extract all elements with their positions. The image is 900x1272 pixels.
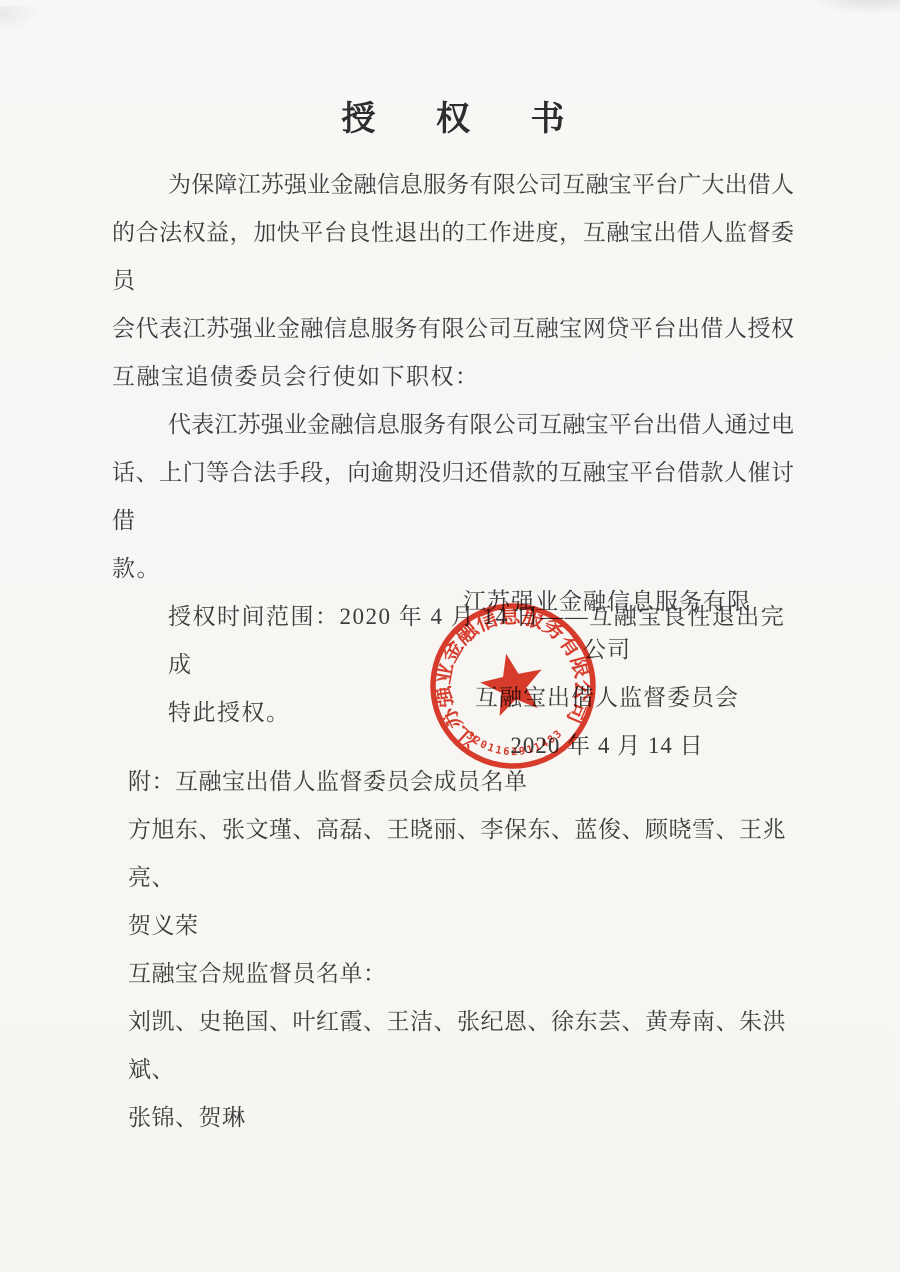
body-line: 会代表江苏强业金融信息服务有限公司互融宝网贷平台出借人授权 bbox=[112, 305, 794, 353]
body-line: 为保障江苏强业金融信息服务有限公司互融宝平台广大出借人 bbox=[112, 161, 794, 209]
scan-artifact bbox=[810, 0, 900, 14]
committee-members-line: 贺义荣 bbox=[128, 902, 800, 950]
scan-artifact bbox=[0, 6, 40, 32]
supervisor-members-line: 张锦、贺琳 bbox=[128, 1094, 800, 1142]
body-line: 话、上门等合法手段，向逾期没归还借款的互融宝平台借款人催讨借 bbox=[112, 449, 794, 545]
body-line: 的合法权益，加快平台良性退出的工作进度，互融宝出借人监督委员 bbox=[112, 209, 794, 305]
body-line: 代表江苏强业金融信息服务有限公司互融宝平台出借人通过电 bbox=[112, 401, 794, 449]
supervisor-members-line: 刘凯、史艳国、叶红霞、王洁、张纪恩、徐东芸、黄寿南、朱洪斌、 bbox=[128, 998, 800, 1094]
signature-committee: 互融宝出借人监督委员会 bbox=[452, 674, 762, 722]
document-title: 授 权 书 bbox=[112, 96, 794, 144]
body-line: 互融宝追债委员会行使如下职权： bbox=[112, 353, 794, 401]
attachment-block: 附：互融宝出借人监督委员会成员名单 方旭东、张文瑾、高磊、王晓丽、李保东、蓝俊、… bbox=[128, 758, 800, 1142]
signature-block: 江苏强业金融信息服务有限公司 互融宝出借人监督委员会 2020 年 4 月 14… bbox=[452, 578, 762, 770]
committee-members-line: 方旭东、张文瑾、高磊、王晓丽、李保东、蓝俊、顾晓雪、王兆亮、 bbox=[128, 806, 800, 902]
scanned-page: 授 权 书 为保障江苏强业金融信息服务有限公司互融宝平台广大出借人 的合法权益，… bbox=[0, 0, 900, 1272]
signature-company: 江苏强业金融信息服务有限公司 bbox=[452, 578, 762, 674]
attachment-heading: 附：互融宝出借人监督委员会成员名单 bbox=[128, 758, 800, 806]
supervisor-list-heading: 互融宝合规监督员名单： bbox=[128, 950, 800, 998]
